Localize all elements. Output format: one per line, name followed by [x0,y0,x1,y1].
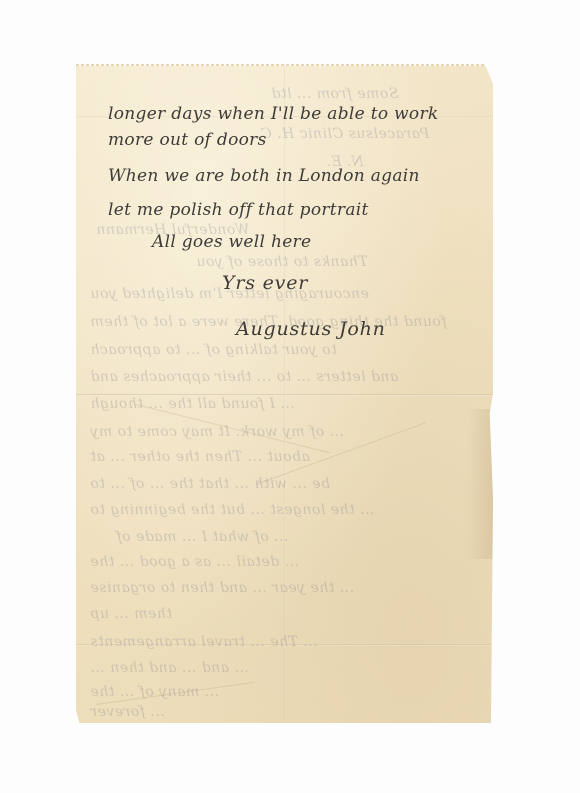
bleed-line: ... the longest ... but the beginning to [90,502,375,518]
letter-paper: Some from ... ltd Paracelsus Clinic H. C… [76,64,493,723]
bleed-through-text: Some from ... ltd Paracelsus Clinic H. C… [76,64,493,723]
letter-line: When we are both in London again [108,166,420,186]
bleed-line: and letters ... to ... their approaches … [90,369,398,385]
letter-line: more out of doors [108,130,267,150]
bleed-line: ... of my work. It may come to my [90,424,344,440]
bleed-line: Thanks to those of you [196,254,368,270]
bleed-line: ... forever [90,704,165,720]
bleed-line: Some from ... ltd [271,86,398,102]
letter-line: longer days when I'll be able to work [108,104,438,124]
bleed-line: be ... with ... that the ... of ... to [90,476,330,492]
bleed-line: ... many of ... the [90,684,219,700]
valediction: Yrs ever [222,272,308,294]
bleed-line: ... the year ... and then to organise [90,580,354,596]
bleed-line: ... The ... travel arrangements [90,634,318,650]
closing-remark: All goes well here [152,232,311,252]
bleed-line: ... of what I ... made of [116,529,289,545]
letter-line: let me polish off that portrait [108,200,369,220]
bleed-line: ... detail ... as a good ... the [90,554,299,570]
signature: Augustus John [236,318,386,340]
bleed-line: about ... Then the other ... at [90,449,310,465]
bleed-line: ... and ... and then ... [90,660,249,676]
bleed-line: ... I found all the ... though [90,396,295,412]
bleed-line: to your talking of ... to approach [90,342,337,358]
bleed-line: them ... up [90,606,172,622]
bleed-line: Paracelsus Clinic H. C. [256,126,429,142]
